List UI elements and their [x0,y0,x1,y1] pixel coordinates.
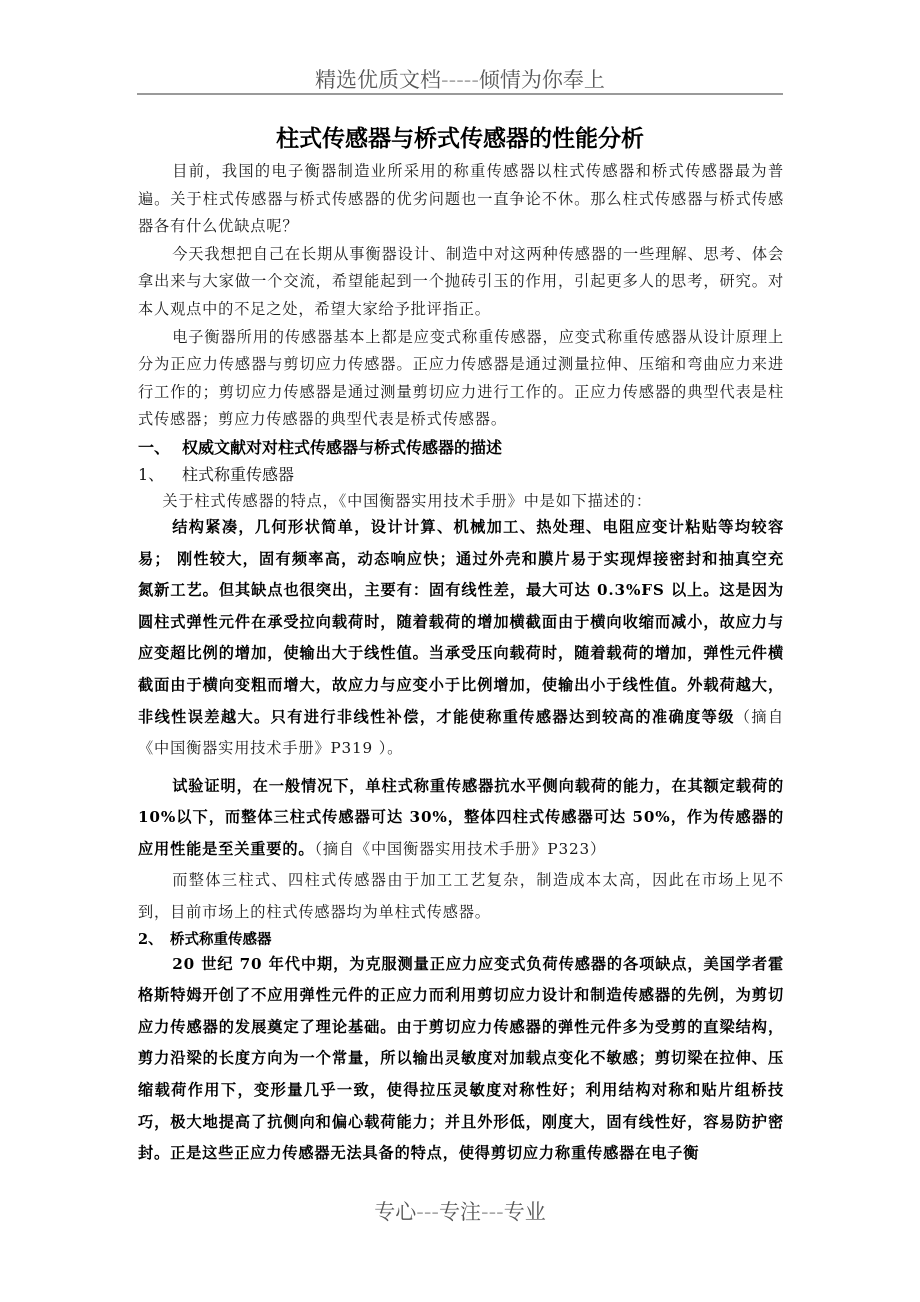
section-title: 权威文献对对柱式传感器与桥式传感器的描述 [182,438,502,457]
subsection-heading-1: 1、柱式称重传感器 [138,462,784,488]
citation: （摘自《中国衡器实用技术手册》P323） [314,840,606,858]
subsection-title: 桥式称重传感器 [170,932,272,948]
section-number: 一、 [138,434,182,462]
section-heading-1: 一、权威文献对对柱式传感器与桥式传感器的描述 [138,434,784,462]
document-page: 精选优质文档-----倾情为你奉上 柱式传感器与桥式传感器的性能分析 目前，我国… [0,0,920,1302]
intro-paragraph-2: 今天我想把自己在长期从事衡器设计、制造中对这两种传感器的一些理解、思考、体会拿出… [138,241,784,324]
quote-paragraph-1: 结构紧凑，几何形状简单，设计计算、机械加工、热处理、电阻应变计粘贴等均较容易； … [138,512,784,765]
closing-paragraph: 而整体三柱式、四柱式传感器由于加工工艺复杂，制造成本太高，因此在市场上见不到，目… [138,865,784,928]
quote-paragraph-2: 试验证明，在一般情况下，单柱式称重传感器抗水平侧向载荷的能力，在其额定载荷的 1… [138,771,784,866]
header-divider [137,93,783,95]
document-body: 目前，我国的电子衡器制造业所采用的称重传感器以柱式传感器和桥式传感器最为普遍。关… [138,158,784,1170]
subsection-number: 1、 [138,462,182,488]
subsection-title: 柱式称重传感器 [182,465,294,484]
document-title: 柱式传感器与桥式传感器的性能分析 [0,120,920,153]
quote-text: 结构紧凑，几何形状简单，设计计算、机械加工、热处理、电阻应变计粘贴等均较容易； … [138,518,784,726]
page-footer: 专心---专注---专业 [0,1196,920,1226]
subsection-heading-2: 2、桥式称重传感器 [138,929,784,951]
lead-paragraph: 关于柱式传感器的特点，《中国衡器实用技术手册》中是如下描述的： [138,488,784,514]
subsection-number: 2、 [138,929,170,951]
intro-paragraph-1: 目前，我国的电子衡器制造业所采用的称重传感器以柱式传感器和桥式传感器最为普遍。关… [138,158,784,241]
intro-paragraph-3: 电子衡器所用的传感器基本上都是应变式称重传感器，应变式称重传感器从设计原理上分为… [138,324,784,434]
page-header: 精选优质文档-----倾情为你奉上 [0,64,920,94]
bridge-sensor-paragraph: 20 世纪 70 年代中期，为克服测量正应力应变式负荷传感器的各项缺点，美国学者… [138,949,784,1170]
